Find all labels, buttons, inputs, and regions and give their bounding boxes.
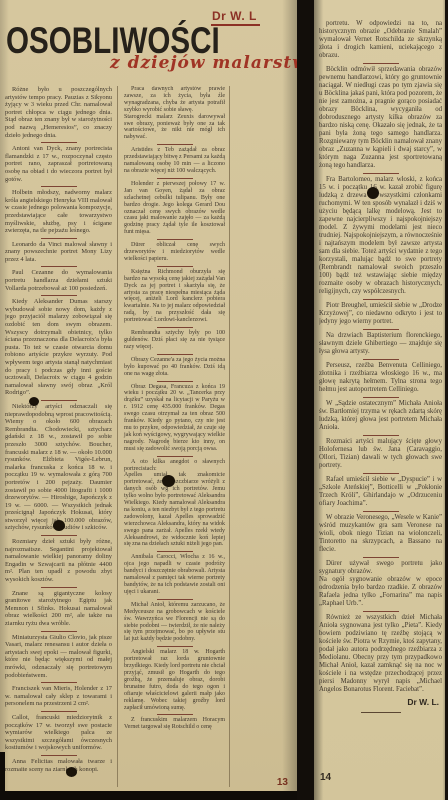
- paragraph-divider: [363, 435, 399, 436]
- paragraph: Angielski malarz 18 w. Hogarth portretow…: [124, 649, 225, 711]
- paragraph-divider: [157, 646, 193, 647]
- paragraph-divider: [41, 142, 77, 143]
- text-columns: Różne było u poszczególnych artystów tem…: [5, 86, 231, 787]
- paragraph: Fra Bartolomeo, malarz włoski, z końca 1…: [319, 176, 442, 296]
- paragraph: Annibala Carocci, Włocha z 16 w., ojca j…: [124, 554, 225, 595]
- paragraph: Obraz Degasa, Francuza z końca 19 wieku …: [124, 384, 225, 453]
- paragraph: Callot, francuski miedziorytnik z począt…: [5, 714, 112, 752]
- paragraph: Anna Felicitas malowała twarze i rozmait…: [5, 758, 112, 773]
- paragraph-divider: [157, 456, 193, 457]
- paragraph: Praca dawnych artystów prawie zawsze, za…: [124, 86, 225, 141]
- paragraph-divider: [41, 587, 77, 588]
- paragraph-divider: [41, 535, 77, 536]
- paragraph-divider: [363, 329, 399, 330]
- paragraph: Leonardo da Vinci malował sławny i znany…: [5, 241, 112, 264]
- paragraph: Księżna Richmond oburzyła się bardzo na …: [124, 269, 225, 324]
- paragraph: Kiedy Aleksander Dumas starszy wybudował…: [5, 298, 112, 397]
- paragraph-divider: [363, 611, 399, 612]
- page-right: portretu. W odpowiedzi na to, na history…: [314, 0, 448, 800]
- paragraph: Rafael umieścił siebie w „Dyspucie” i w …: [319, 476, 442, 508]
- paragraph: Dürer obliczał cenę swych drzeworytów i …: [124, 242, 225, 263]
- paragraph: Również ze wszystkich dzieł Michała Anio…: [319, 614, 442, 694]
- paragraph-divider: [157, 266, 193, 267]
- paragraph-divider: [363, 63, 399, 64]
- paragraph: Dürer używał swego portretu jako sygnatu…: [319, 560, 442, 608]
- ink-blot: [367, 187, 379, 199]
- paragraph-divider: [363, 557, 399, 558]
- paragraph: Obrazy Cezanne'a za jego życia można był…: [124, 357, 225, 378]
- scan-edge-bottom: [0, 791, 297, 800]
- article-subtitle: z dziejów malarstwa: [110, 53, 320, 73]
- paragraph: Na drzwiach Baptisterium florenckiego, s…: [319, 332, 442, 356]
- paragraph-divider: [157, 714, 193, 715]
- page-number-left: 13: [277, 777, 288, 788]
- paragraph-divider: [157, 354, 193, 355]
- paragraph-divider: [157, 178, 193, 179]
- ink-blot: [53, 520, 65, 531]
- paragraph: Michał Anioł, któremu zarzucano, że Medy…: [124, 602, 225, 643]
- paragraph: Rembrandta sztychy były po 100 guldenów.…: [124, 330, 225, 351]
- paragraph: Znane są gigantyczne kolosy granitowe st…: [5, 590, 112, 628]
- column-1: Różne było u poszczególnych artystów tem…: [5, 86, 118, 787]
- paragraph: portretu. W odpowiedzi na to, na history…: [319, 20, 442, 60]
- column-1-paragraphs: Różne było u poszczególnych artystów tem…: [5, 86, 112, 773]
- column-2-paragraphs: Praca dawnych artystów prawie zawsze, za…: [124, 86, 225, 731]
- paragraph-divider: [157, 551, 193, 552]
- paragraph: Z francuskim malarzem Horacym Vernet tar…: [124, 717, 225, 731]
- paragraph-divider: [157, 599, 193, 600]
- paragraph: Perseusz, rzeźba Benvenuta Celliniego, z…: [319, 362, 442, 394]
- paragraph-divider: [363, 173, 399, 174]
- paragraph-divider: [41, 755, 77, 756]
- ink-blot: [29, 397, 39, 406]
- paragraph-divider: [41, 682, 77, 683]
- paragraph-divider: [363, 511, 399, 512]
- page-gutter: [297, 0, 314, 800]
- paragraph-divider: [41, 238, 77, 239]
- paragraph: Franciszek van Mieris, Holender z 17 w. …: [5, 685, 112, 708]
- paragraph-divider: [41, 186, 77, 187]
- column-3: portretu. W odpowiedzi na to, na history…: [319, 20, 442, 713]
- paragraph-divider: [157, 327, 193, 328]
- paragraph-divider: [41, 711, 77, 712]
- paragraph: W obrazie Veronesego, „Wesele w Kanie” w…: [319, 514, 442, 554]
- paragraph: Rozmiary dzieł sztuki były różne, najroz…: [5, 538, 112, 584]
- paragraph-divider: [157, 381, 193, 382]
- paragraph: Holender z pierwszej połowy 17 w. Jan va…: [124, 181, 225, 236]
- column-3-paragraphs: portretu. W odpowiedzi na to, na history…: [319, 20, 442, 694]
- paragraph: Miniaturzysta Giulio Clovio, jak pisze V…: [5, 634, 112, 680]
- paragraph: Aristides z Teb zażądał za obraz przedst…: [124, 147, 225, 175]
- paragraph-divider: [363, 473, 399, 474]
- paragraph-divider: [363, 299, 399, 300]
- paragraph: A oto kilka anegdot o sławnych portrecis…: [124, 459, 225, 549]
- paragraph-divider: [41, 400, 77, 401]
- signature-divider: [361, 712, 401, 713]
- paragraph-divider: [157, 144, 193, 145]
- author-signature: Dr W. L.: [319, 697, 442, 707]
- page-left: Dr W. L OSOBLIWOŚCI z dziejów malarstwa …: [0, 0, 297, 800]
- paragraph-divider: [363, 397, 399, 398]
- paragraph: W „Sądzie ostatecznym” Michała Anioła św…: [319, 400, 442, 432]
- ink-blot: [162, 475, 175, 487]
- paragraph: Holbein młodszy, nadworny malarz króla a…: [5, 189, 112, 235]
- ink-blot: [66, 767, 77, 777]
- paragraph: Paul Cezanne do wymalowania portretu han…: [5, 269, 112, 292]
- paragraph: Różne było u poszczególnych artystów tem…: [5, 86, 112, 139]
- paragraph: Böcklin odmówił sprzedawania obrazów pew…: [319, 66, 442, 170]
- paragraph-divider: [41, 631, 77, 632]
- paragraph: Niektórzy artyści odznaczali się niepraw…: [5, 403, 112, 532]
- paragraph: Rozmaici artyści malujący ścięte głowy H…: [319, 438, 442, 470]
- paragraph-divider: [363, 359, 399, 360]
- paragraph-divider: [41, 266, 77, 267]
- scan-edge-left: [0, 752, 5, 800]
- paragraph-divider: [157, 239, 193, 240]
- page-number-right: 14: [320, 772, 331, 783]
- column-2: Praca dawnych artystów prawie zawsze, za…: [118, 86, 230, 787]
- paragraph: Antoni van Dyck, znany portrecista flama…: [5, 145, 112, 183]
- paragraph: Piotr Breughel, umieścił siebie w „Drodz…: [319, 302, 442, 326]
- paragraph-divider: [41, 295, 77, 296]
